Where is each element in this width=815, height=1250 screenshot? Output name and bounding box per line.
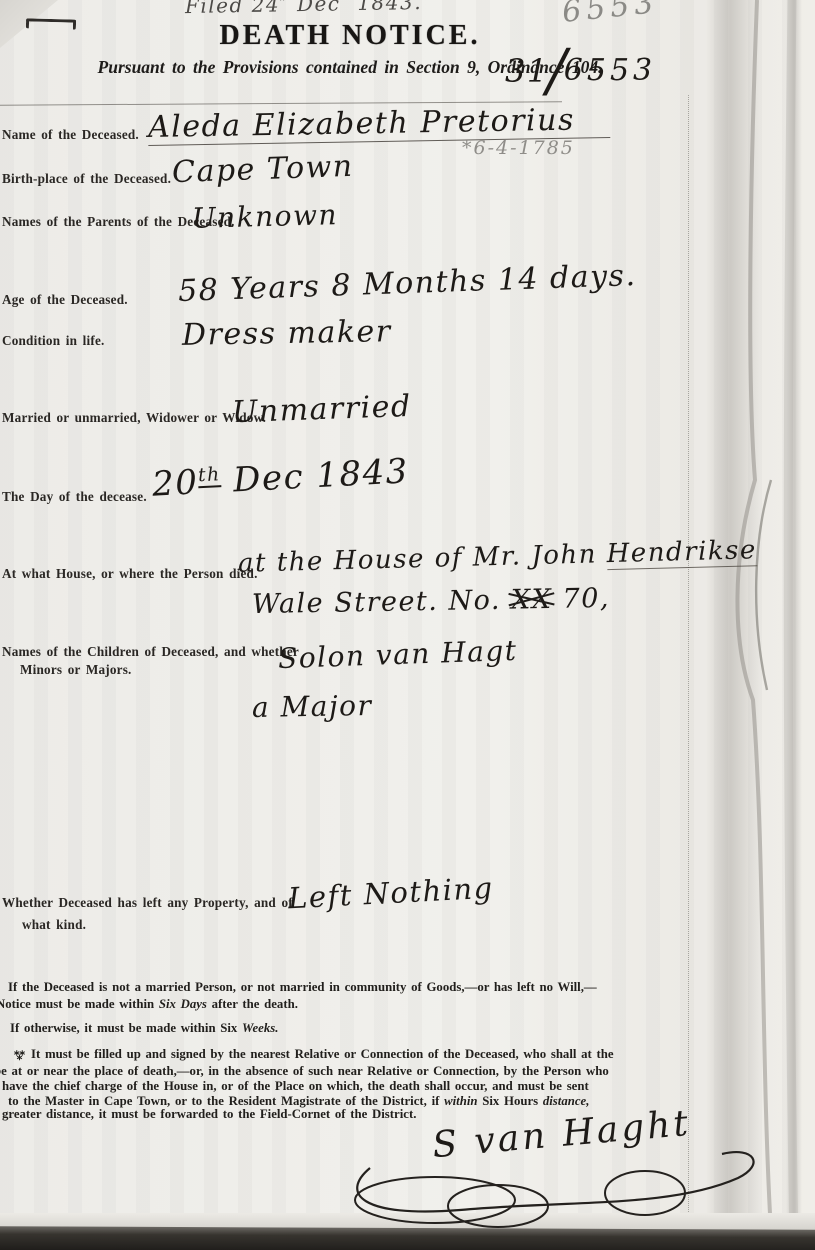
- field-value-age: 58 Years 8 Months 14 days.: [178, 258, 637, 309]
- footer-para3-line4-distance: distance,: [543, 1094, 590, 1108]
- footer-para3-line1-text: It must be filled up and signed by the n…: [31, 1047, 614, 1061]
- asterism-marker: ⁂: [14, 1048, 25, 1061]
- field-value-property: Left Nothing: [287, 871, 494, 916]
- case-number-numerator: 31: [505, 52, 549, 90]
- death-day-ordinal: th: [197, 464, 221, 488]
- pencil-annotation-birthdate: *6-4-1785: [462, 137, 575, 159]
- death-place-house-number: 70,: [552, 583, 610, 615]
- death-place-line1-text: at the House of Mr. John: [238, 539, 607, 579]
- field-label-children-line1: Names of the Children of Deceased, and w…: [2, 644, 299, 660]
- filed-annotation: Filed 24″ Dec″ 1843.: [185, 0, 422, 18]
- field-value-condition: Dress maker: [182, 314, 392, 353]
- footer-para3-line3: have the chief charge of the House in, o…: [2, 1079, 589, 1094]
- footer-para2-a: If otherwise, it must be made within Six: [10, 1021, 242, 1035]
- death-day-rest: Dec 1843: [220, 451, 410, 501]
- field-label-death-place: At what House, or where the Person died.: [2, 566, 258, 582]
- footer-para1-line2: Notice must be made within Six Days afte…: [0, 997, 298, 1012]
- page-fold-dotted-line: [688, 95, 689, 1220]
- footer-para3-line4-a: to the Master in Cape Town, or to the Re…: [8, 1094, 444, 1108]
- footer-para3-line1: ⁂It must be filled up and signed by the …: [14, 1047, 614, 1062]
- field-label-birthplace: Birth-place of the Deceased.: [2, 171, 171, 187]
- field-label-property-line1: Whether Deceased has left any Property, …: [2, 895, 293, 911]
- signature-flourish: [340, 1138, 780, 1243]
- footer-para3-line4-sixhours: Six Hours: [482, 1094, 543, 1108]
- field-label-marital: Married or unmarried, Widower or Widow.: [2, 410, 266, 426]
- field-value-death-place-line2: Wale Street. No. XX 70,: [252, 583, 610, 620]
- field-value-death-place-line1: at the House of Mr. John Hendrikse: [238, 535, 758, 580]
- case-number-denominator: 6553: [564, 53, 656, 88]
- death-place-street: Wale Street. No.: [252, 585, 512, 621]
- field-label-condition: Condition in life.: [2, 333, 105, 349]
- page-fold-curve: [695, 0, 815, 1250]
- death-notice-scan: Filed 24″ Dec″ 1843. DEATH NOTICE. Pursu…: [0, 0, 815, 1250]
- death-day-number: 20: [151, 462, 199, 504]
- footer-para3-line2: be at or near the place of death,—or, in…: [0, 1064, 609, 1079]
- death-place-scratched-number: XX: [511, 584, 553, 616]
- field-value-parents: Unknown: [192, 198, 339, 235]
- footer-para3-line4-within: within: [444, 1094, 482, 1108]
- footer-para2-em: Weeks.: [242, 1021, 278, 1035]
- footer-para1-line2-em: Six Days: [159, 997, 207, 1011]
- field-label-property-line2: what kind.: [22, 917, 86, 933]
- field-value-marital: Unmarried: [231, 389, 412, 430]
- field-value-death-day: 20th Dec 1843: [151, 451, 410, 504]
- footer-para1-line1: If the Deceased is not a married Person,…: [8, 980, 597, 995]
- field-label-name: Name of the Deceased.: [2, 127, 139, 143]
- field-value-children-line1: Solon van Hagt: [277, 634, 518, 675]
- footer-para1-line2-a: Notice must be made within: [0, 997, 159, 1011]
- field-label-death-day: The Day of the decease.: [2, 489, 147, 505]
- field-label-age: Age of the Deceased.: [2, 292, 128, 308]
- field-value-birthplace: Cape Town: [171, 149, 354, 190]
- footer-para1-line2-b: after the death.: [207, 997, 298, 1011]
- case-number-slash: /: [547, 36, 568, 104]
- case-number: 31/6553: [505, 26, 656, 94]
- death-place-surname: Hendrikse: [606, 535, 757, 570]
- footer-para2: If otherwise, it must be made within Six…: [10, 1021, 278, 1036]
- field-label-children-line2: Minors or Majors.: [20, 662, 132, 678]
- footer-para3-line5: greater distance, it must be forwarded t…: [2, 1107, 416, 1122]
- field-value-children-line2: a Major: [252, 689, 373, 724]
